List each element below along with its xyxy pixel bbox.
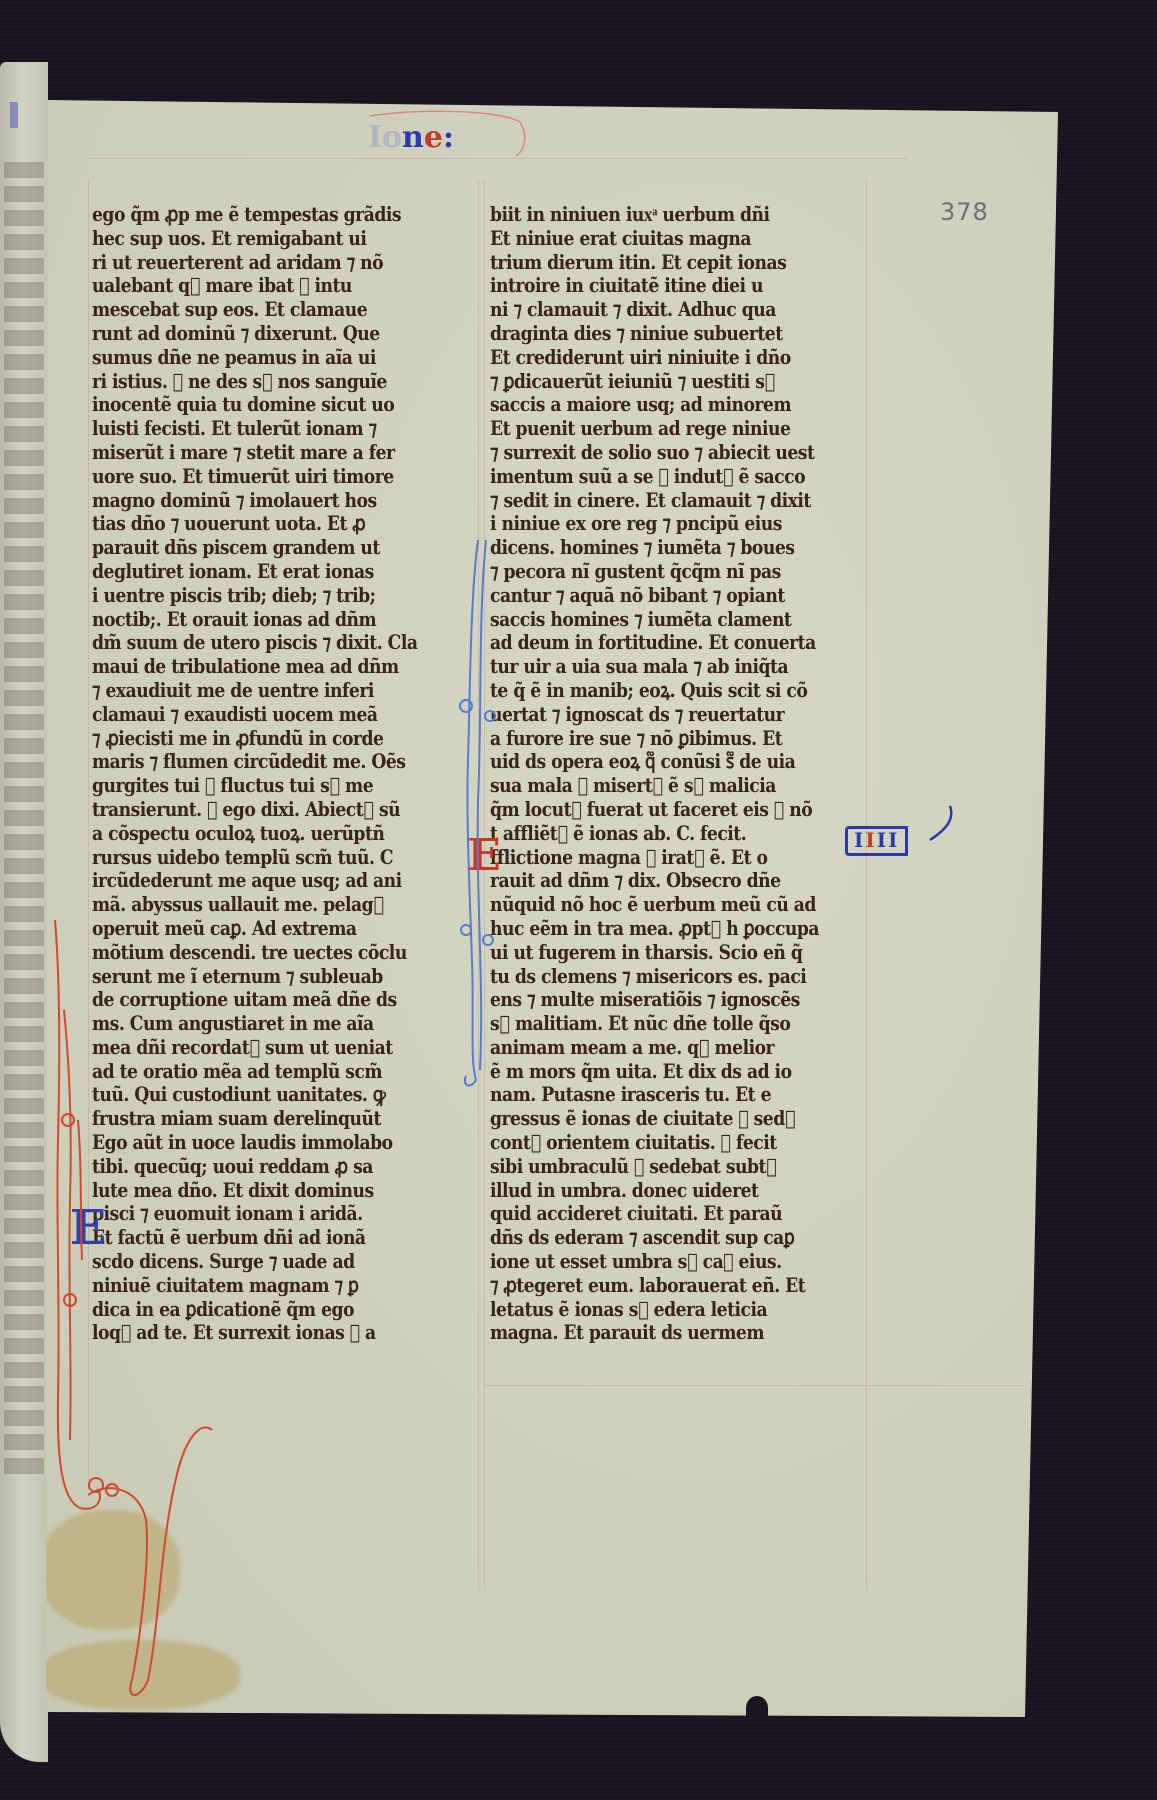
header-red-letter: e bbox=[424, 120, 443, 155]
text-line: parauit dñs piscem grandem ut bbox=[92, 536, 419, 560]
text-line: ens ⁊ multe miseratiõis ⁊ ignoscẽs bbox=[490, 988, 817, 1012]
running-header: Ione: bbox=[368, 118, 528, 158]
folio-number: 378 bbox=[940, 198, 989, 226]
text-line: mã. abyssus uallauit me. pelag᷑ bbox=[92, 893, 419, 917]
text-line: draginta dies ⁊ niniue subuertet bbox=[490, 322, 817, 346]
text-line: mescebat sup eos. Et clamaue bbox=[92, 298, 419, 322]
previous-page-blue-mark bbox=[10, 102, 18, 128]
text-line: rauit ad dñm ⁊ dix. Obsecro dñe bbox=[490, 869, 817, 893]
text-line: dm̃ suum de utero piscis ⁊ dixit. Cla bbox=[92, 631, 419, 655]
text-line: tur uir a uia sua mala ⁊ ab iniq̃ta bbox=[490, 655, 817, 679]
text-line: maris ⁊ flumen circũdedit me. Oẽs bbox=[92, 750, 419, 774]
decorated-initial-blue: E bbox=[58, 1203, 118, 1253]
text-line: t affliẽt᷑ ẽ ionas ab. C. fecit. bbox=[490, 822, 817, 846]
text-line: ircũdederunt me aque usq; ad ani bbox=[92, 869, 419, 893]
text-line: maui de tribulatione mea ad dñm bbox=[92, 655, 419, 679]
text-line: operuit meũ caꝑ. Ad extrema bbox=[92, 917, 419, 941]
text-line: ⁊ pecora nĩ gustent q̃cq̃m nĩ pas bbox=[490, 560, 817, 584]
text-line: ri istius. ⁊ ne des s᷑ nos sanguĩe bbox=[92, 370, 419, 394]
text-line: ⁊ ꝓtegeret eum. laborauerat eñ. Et bbox=[490, 1274, 817, 1298]
text-line: ni ⁊ clamauit ⁊ dixit. Adhuc qua bbox=[490, 298, 817, 322]
text-line: illud in umbra. donec uideret bbox=[490, 1179, 817, 1203]
text-line: Et factũ ẽ uerbum dñi ad ionã bbox=[92, 1226, 419, 1250]
text-line: magna. Et parauit ds uermem bbox=[490, 1321, 817, 1345]
text-line: saccis a maiore usq; ad minorem bbox=[490, 393, 817, 417]
text-line: ⁊ sedit in cinere. Et clamauit ⁊ dixit bbox=[490, 489, 817, 513]
text-line: noctib;. Et orauit ionas ad dñm bbox=[92, 608, 419, 632]
text-line: dica in ea ꝑdicationẽ q̃m ego bbox=[92, 1298, 419, 1322]
text-line: serunt me ĩ eternum ⁊ subleuab bbox=[92, 965, 419, 989]
text-line: tias dño ⁊ uouerunt uota. Et ꝓ bbox=[92, 512, 419, 536]
header-punctuation: : bbox=[443, 120, 454, 155]
text-line: trium dierum itin. Et cepit ionas bbox=[490, 251, 817, 275]
text-line: ui ut fugerem in tharsis. Scio eñ q̃ bbox=[490, 941, 817, 965]
text-line: cont᷑ orientem ciuitatis. ⁊ fecit bbox=[490, 1131, 817, 1155]
text-line: de corruptione uitam meã dñe ds bbox=[92, 988, 419, 1012]
text-line: transierunt. ⁊ ego dixi. Abiect᷑ sũ bbox=[92, 798, 419, 822]
book-block-edge bbox=[0, 62, 48, 1762]
text-line: nũquid nõ hoc ẽ uerbum meũ cũ ad bbox=[490, 893, 817, 917]
text-line: ⁊ exaudiuit me de uentre inferi bbox=[92, 679, 419, 703]
text-line: i niniue ex ore reg ⁊ pncipũ eius bbox=[490, 512, 817, 536]
text-line: Et niniue erat ciuitas magna bbox=[490, 227, 817, 251]
text-line: a furore ire sue ⁊ nõ ꝑibimus. Et bbox=[490, 727, 817, 751]
text-line: clamaui ⁊ exaudisti uocem meã bbox=[92, 703, 419, 727]
text-line: inocentẽ quia tu domine sicut uo bbox=[92, 393, 419, 417]
previous-page-text-lines bbox=[4, 162, 44, 1482]
text-line: tuũ. Qui custodiunt uanitates. ꝙ bbox=[92, 1083, 419, 1107]
text-line: a cõspectu oculoꝝ tuoꝝ. uerũptñ bbox=[92, 822, 419, 846]
text-line: uid ds opera eoꝝ q᷑ conũsi s᷑ de uia bbox=[490, 750, 817, 774]
text-line: imentum suũ a se ⁊ indut᷑ ẽ sacco bbox=[490, 465, 817, 489]
text-line: dicens. homines ⁊ iumẽta ⁊ boues bbox=[490, 536, 817, 560]
text-line: ⁊ ꝓiecisti me in ꝓfundũ in corde bbox=[92, 727, 419, 751]
text-line: animam meam a me. q᷑ melior bbox=[490, 1036, 817, 1060]
header-showthrough-text: Io bbox=[368, 120, 402, 155]
chapter-number-marker: IIII bbox=[845, 826, 908, 856]
text-line: ego q̃m ꝓp me ẽ tempestas grãdis bbox=[92, 203, 419, 227]
text-line: uore suo. Et timuerũt uiri timore bbox=[92, 465, 419, 489]
text-line: gressus ẽ ionas de ciuitate ⁊ sed᷑ bbox=[490, 1107, 817, 1131]
text-line: biit in niniuen iuxͣ uerbum dñi bbox=[490, 203, 817, 227]
text-line: miserũt i mare ⁊ stetit mare a fer bbox=[92, 441, 419, 465]
text-line: letatus ẽ ionas s᷑ edera leticia bbox=[490, 1298, 817, 1322]
text-line: te q̃ ẽ in manib; eoꝝ. Quis scit si cõ bbox=[490, 679, 817, 703]
text-line: introire in ciuitatẽ itine diei u bbox=[490, 274, 817, 298]
water-stain bbox=[40, 1640, 240, 1710]
text-line: ualebant q᷑ mare ibat ⁊ intu bbox=[92, 274, 419, 298]
text-line: gurgites tui ⁊ fluctus tui s᷑ me bbox=[92, 774, 419, 798]
ruling-left-col-right bbox=[478, 180, 479, 1590]
ruling-bottom bbox=[484, 1385, 1024, 1386]
text-line: Et crediderunt uiri niniuite i dño bbox=[490, 346, 817, 370]
text-line: ad deum in fortitudine. Et conuerta bbox=[490, 631, 817, 655]
ruling-right-col-left bbox=[484, 180, 485, 1590]
text-line: ad te oratio mẽa ad templũ scm̃ bbox=[92, 1060, 419, 1084]
text-line: Ego aũt in uoce laudis immolabo bbox=[92, 1131, 419, 1155]
text-line: q̃m locut᷑ fuerat ut faceret eis ⁊ nõ bbox=[490, 798, 817, 822]
chapter-numeral: I bbox=[865, 828, 876, 852]
ruling-left-margin bbox=[88, 180, 89, 1490]
text-line: uertat ⁊ ignoscat ds ⁊ reuertatur bbox=[490, 703, 817, 727]
text-line: tibi. quecũq; uoui reddam ꝓ sa bbox=[92, 1155, 419, 1179]
text-line: ⁊ surrexit de solio suo ⁊ abiecit uest bbox=[490, 441, 817, 465]
text-line: nam. Putasne irasceris tu. Et e bbox=[490, 1083, 817, 1107]
text-line: luisti fecisti. Et tulerũt ionam ⁊ bbox=[92, 417, 419, 441]
page-edge-damage bbox=[746, 1696, 768, 1720]
text-line: niniuẽ ciuitatem magnam ⁊ ꝑ bbox=[92, 1274, 419, 1298]
header-blue-letter: n bbox=[402, 120, 424, 155]
text-line: ri ut reuerterent ad aridam ⁊ nõ bbox=[92, 251, 419, 275]
text-line: cantur ⁊ aquã nõ bibant ⁊ opiant bbox=[490, 584, 817, 608]
text-line: huc eẽm in tra mea. ꝓpt᷑ h ꝑoccupa bbox=[490, 917, 817, 941]
chapter-numeral: I bbox=[854, 828, 865, 852]
text-line: lute mea dño. Et dixit dominus bbox=[92, 1179, 419, 1203]
text-line: tu ds clemens ⁊ misericors es. paci bbox=[490, 965, 817, 989]
ruling-top bbox=[88, 158, 908, 159]
text-line: quid accideret ciuitati. Et paraũ bbox=[490, 1202, 817, 1226]
decorated-initial-red: E bbox=[458, 832, 510, 880]
text-line: saccis homines ⁊ iumẽta clament bbox=[490, 608, 817, 632]
chapter-numeral: II bbox=[877, 828, 900, 852]
water-stain bbox=[40, 1510, 180, 1630]
text-line: i uentre piscis trib; dieb; ⁊ trib; bbox=[92, 584, 419, 608]
text-line: mea dñi recordat᷑ sum ut ueniat bbox=[92, 1036, 419, 1060]
text-line: sibi umbraculũ ⁊ sedebat subt᷑ bbox=[490, 1155, 817, 1179]
text-line: mõtium descendi. tre uectes cõclu bbox=[92, 941, 419, 965]
text-line: magno dominũ ⁊ imolauert hos bbox=[92, 489, 419, 513]
text-line: dñs ds ederam ⁊ ascendit sup caꝑ bbox=[490, 1226, 817, 1250]
text-column-right: biit in niniuen iuxͣ uerbum dñiEt niniue… bbox=[490, 203, 870, 1345]
text-line: fflictione magna ⁊ irat᷑ ẽ. Et o bbox=[490, 846, 817, 870]
text-column-left: ego q̃m ꝓp me ẽ tempestas grãdishec sup … bbox=[92, 203, 472, 1345]
text-line: ms. Cum angustiaret in me aĩa bbox=[92, 1012, 419, 1036]
text-line: runt ad dominũ ⁊ dixerunt. Que bbox=[92, 322, 419, 346]
text-line: loq᷑ ad te. Et surrexit ionas ⁊ a bbox=[92, 1321, 419, 1345]
text-line: ẽ m mors q̃m uita. Et dix ds ad io bbox=[490, 1060, 817, 1084]
text-line: frustra miam suam derelinquũt bbox=[92, 1107, 419, 1131]
text-line: pisci ⁊ euomuit ionam i aridã. bbox=[92, 1202, 419, 1226]
text-line: s᷑ malitiam. Et nũc dñe tolle q̃so bbox=[490, 1012, 817, 1036]
text-line: Et puenit uerbum ad rege niniue bbox=[490, 417, 817, 441]
text-line: deglutiret ionam. Et erat ionas bbox=[92, 560, 419, 584]
text-line: sumus dñe ne peamus in aĩa ui bbox=[92, 346, 419, 370]
text-line: ⁊ ꝑdicauerũt ieiuniũ ⁊ uestiti s᷑ bbox=[490, 370, 817, 394]
text-line: sua mala ⁊ misert᷑ ẽ s᷑ malicia bbox=[490, 774, 817, 798]
text-line: rursus uidebo templũ scm̃ tuũ. C bbox=[92, 846, 419, 870]
text-line: hec sup uos. Et remigabant ui bbox=[92, 227, 419, 251]
text-line: ione ut esset umbra s᷑ caꝑ eius. bbox=[490, 1250, 817, 1274]
text-line: scdo dicens. Surge ⁊ uade ad bbox=[92, 1250, 419, 1274]
